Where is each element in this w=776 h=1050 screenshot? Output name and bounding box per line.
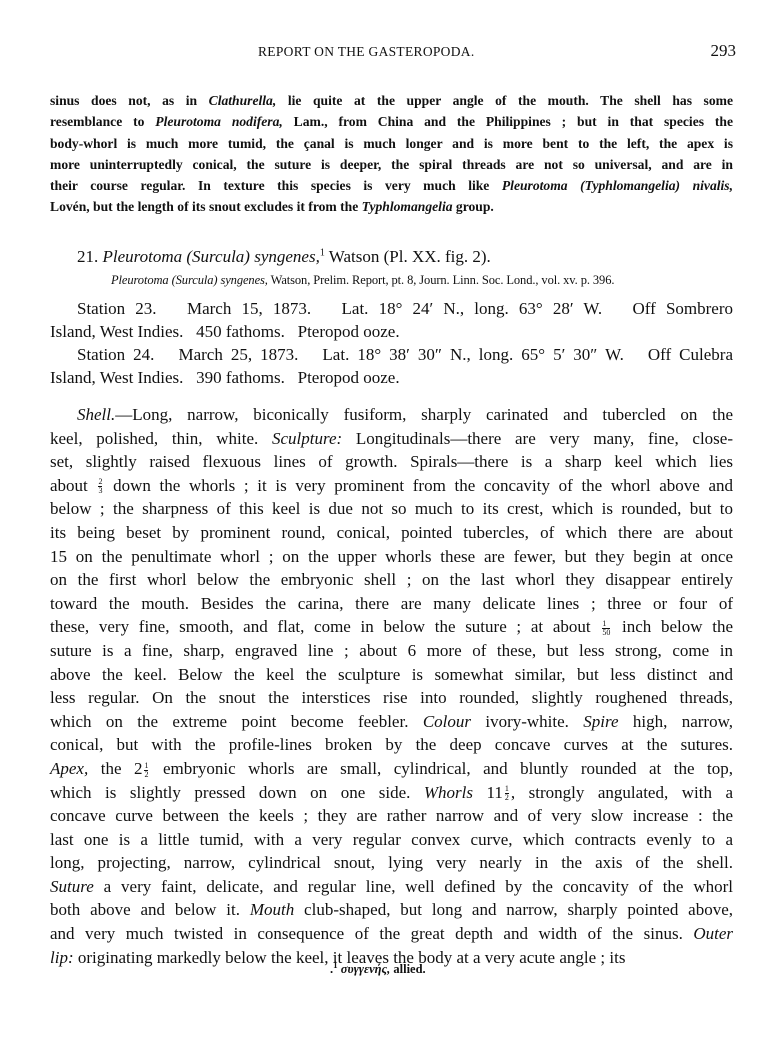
text-line: toward the mouth. Besides the carina, th…: [50, 592, 733, 616]
italic-term: Pleurotoma (Typhlomangelia) nivalis,: [502, 178, 733, 193]
italic-term: lip:: [50, 948, 74, 967]
text-line: more uninterruptedly conical, the suture…: [50, 154, 733, 175]
italic-term: Outer: [693, 924, 733, 943]
italic-term: Apex,: [50, 759, 88, 778]
text-line: which is slightly pressed down on one si…: [50, 781, 733, 805]
text-line: concave curve between the keels ; they a…: [50, 804, 733, 828]
italic-term: Shell.: [77, 405, 115, 424]
text-line: long, projecting, narrow, cylindrical sn…: [50, 851, 733, 875]
italic-term: Whorls: [424, 783, 473, 802]
fraction: 23: [98, 478, 102, 495]
text-line: their course regular. In texture this sp…: [50, 175, 733, 196]
footnote-marker: 1: [333, 960, 338, 970]
text-line: conical, but with the profile-lines brok…: [50, 733, 733, 757]
text-line: Apex, the 212 embryonic whorls are small…: [50, 757, 733, 781]
text-line: these, very fine, smooth, and flat, come…: [50, 615, 733, 639]
text-line: 15 on the penultimate whorl ; on the upp…: [50, 545, 733, 569]
text-line: set, slightly raised flexuous lines of g…: [50, 450, 733, 474]
text-line: keel, polished, thin, white. Sculpture: …: [50, 427, 733, 451]
species-author-plate: Watson (Pl. XX. fig. 2).: [329, 247, 491, 266]
footnote: .1 συγγενής, allied.: [330, 960, 426, 977]
text-line: below ; the sharpness of this keel is du…: [50, 497, 733, 521]
footnote-gloss: allied.: [393, 962, 425, 976]
italic-term: Pleurotoma nodifera,: [155, 114, 283, 129]
synonym-reference: Watson, Prelim. Report, pt. 8, Journ. Li…: [271, 273, 615, 287]
italic-term: Clathurella,: [209, 93, 277, 108]
italic-term: Typhlomangelia: [362, 199, 453, 214]
fraction: 12: [144, 762, 148, 779]
text-line: Shell.—Long, narrow, biconically fusifor…: [50, 403, 733, 427]
station-23-line-1: Station 23. March 15, 1873. Lat. 18° 24′…: [50, 297, 733, 320]
station-24-line-2: Island, West Indies. 390 fathoms. Pterop…: [50, 366, 733, 389]
italic-term: Suture: [50, 877, 94, 896]
text-line: and very much twisted in consequence of …: [50, 922, 733, 946]
shell-description: Shell.—Long, narrow, biconically fusifor…: [50, 403, 733, 969]
text-line: above the keel. Below the keel the sculp…: [50, 663, 733, 687]
synonym-name: Pleurotoma (Surcula) syngenes,: [111, 273, 268, 287]
fraction: 12: [505, 785, 509, 802]
text-line: Lovén, but the length of its snout exclu…: [50, 196, 733, 217]
text-line: less regular. On the snout the interstic…: [50, 686, 733, 710]
running-title: REPORT ON THE GASTEROPODA.: [258, 44, 475, 60]
page-number: 293: [711, 41, 737, 61]
text-line: which on the extreme point become feeble…: [50, 710, 733, 734]
footnote-greek: συγγενής,: [341, 962, 391, 976]
station-23-line-2: Island, West Indies. 450 fathoms. Pterop…: [50, 320, 733, 343]
italic-term: Spire: [583, 712, 618, 731]
italic-term: Sculpture:: [272, 429, 342, 448]
text-line: suture is a fine, sharp, engraved line ;…: [50, 639, 733, 663]
species-name: Pleurotoma (Surcula) syngenes,: [103, 247, 320, 266]
footnote-ref: 1: [320, 247, 325, 258]
intro-paragraph: sinus does not, as in Clathurella, lie q…: [50, 90, 733, 218]
text-line: on the first whorl below the embryonic s…: [50, 568, 733, 592]
text-line: sinus does not, as in Clathurella, lie q…: [50, 90, 733, 111]
species-number: 21.: [77, 247, 98, 266]
text-line: resemblance to Pleurotoma nodifera, Lam.…: [50, 111, 733, 132]
station-24-line-1: Station 24. March 25, 1873. Lat. 18° 38′…: [50, 343, 733, 366]
text-line: Suture a very faint, delicate, and regul…: [50, 875, 733, 899]
page-header: REPORT ON THE GASTEROPODA. 293: [0, 44, 776, 64]
italic-term: Mouth: [250, 900, 294, 919]
text-line: body-whorl is much more tumid, the çanal…: [50, 133, 733, 154]
station-records: Station 23. March 15, 1873. Lat. 18° 24′…: [50, 297, 733, 389]
text-line: its being beset by prominent round, coni…: [50, 521, 733, 545]
species-heading: 21. Pleurotoma (Surcula) syngenes,1 Wats…: [77, 247, 491, 267]
fraction: 150: [602, 620, 610, 637]
italic-term: Colour: [423, 712, 471, 731]
synonymy: Pleurotoma (Surcula) syngenes, Watson, P…: [111, 273, 614, 288]
text-line: both above and below it. Mouth club-shap…: [50, 898, 733, 922]
text-line: last one is a little tumid, with a very …: [50, 828, 733, 852]
text-line: about 23 down the whorls ; it is very pr…: [50, 474, 733, 498]
